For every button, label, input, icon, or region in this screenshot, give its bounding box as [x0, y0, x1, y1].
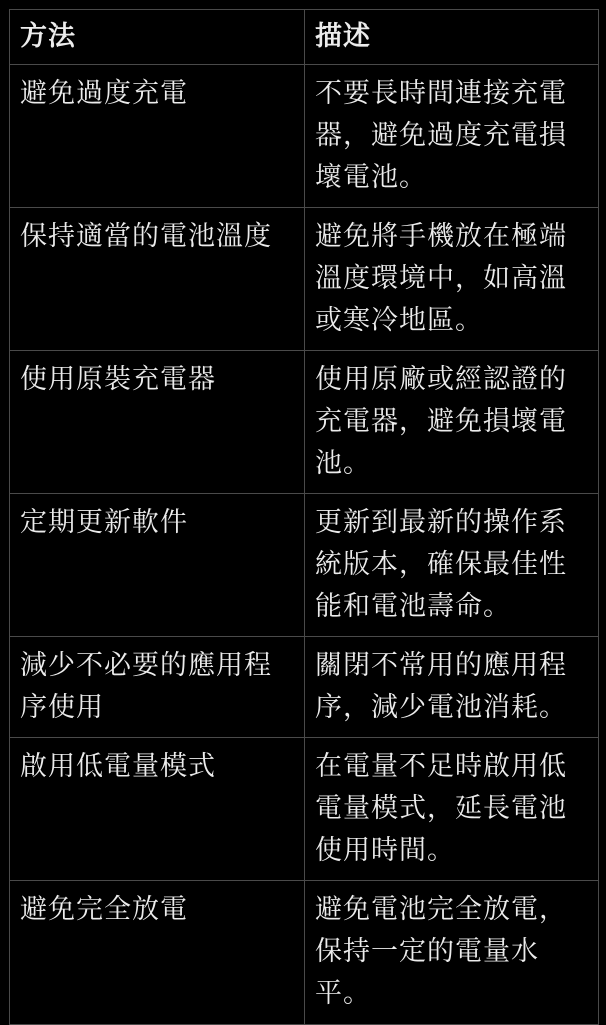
method-cell: 定期更新軟件	[10, 494, 305, 637]
table-row: 使用原裝充電器 使用原廠或經認證的充電器，避免損壞電池。	[10, 351, 599, 494]
header-description: 描述	[305, 10, 599, 65]
description-cell: 避免電池完全放電，保持一定的電量水平。	[305, 881, 599, 1025]
description-cell: 在電量不足時啟用低電量模式，延長電池使用時間。	[305, 738, 599, 881]
table-header-row: 方法 描述	[10, 10, 599, 65]
method-cell: 避免過度充電	[10, 65, 305, 208]
description-cell: 關閉不常用的應用程序，減少電池消耗。	[305, 637, 599, 738]
description-cell: 更新到最新的操作系統版本，確保最佳性能和電池壽命。	[305, 494, 599, 637]
table-row: 減少不必要的應用程序使用 關閉不常用的應用程序，減少電池消耗。	[10, 637, 599, 738]
battery-tips-table: 方法 描述 避免過度充電 不要長時間連接充電器，避免過度充電損壞電池。 保持適當…	[9, 9, 599, 1024]
description-cell: 使用原廠或經認證的充電器，避免損壞電池。	[305, 351, 599, 494]
table-row: 保持適當的電池溫度 避免將手機放在極端溫度環境中，如高溫或寒冷地區。	[10, 208, 599, 351]
method-cell: 減少不必要的應用程序使用	[10, 637, 305, 738]
description-cell: 避免將手機放在極端溫度環境中，如高溫或寒冷地區。	[305, 208, 599, 351]
table-row: 啟用低電量模式 在電量不足時啟用低電量模式，延長電池使用時間。	[10, 738, 599, 881]
description-cell: 不要長時間連接充電器，避免過度充電損壞電池。	[305, 65, 599, 208]
table-row: 避免完全放電 避免電池完全放電，保持一定的電量水平。	[10, 881, 599, 1025]
method-cell: 保持適當的電池溫度	[10, 208, 305, 351]
method-cell: 使用原裝充電器	[10, 351, 305, 494]
method-cell: 啟用低電量模式	[10, 738, 305, 881]
header-method: 方法	[10, 10, 305, 65]
table-row: 避免過度充電 不要長時間連接充電器，避免過度充電損壞電池。	[10, 65, 599, 208]
table-row: 定期更新軟件 更新到最新的操作系統版本，確保最佳性能和電池壽命。	[10, 494, 599, 637]
method-cell: 避免完全放電	[10, 881, 305, 1025]
battery-tips-table-container: 方法 描述 避免過度充電 不要長時間連接充電器，避免過度充電損壞電池。 保持適當…	[9, 9, 598, 1024]
